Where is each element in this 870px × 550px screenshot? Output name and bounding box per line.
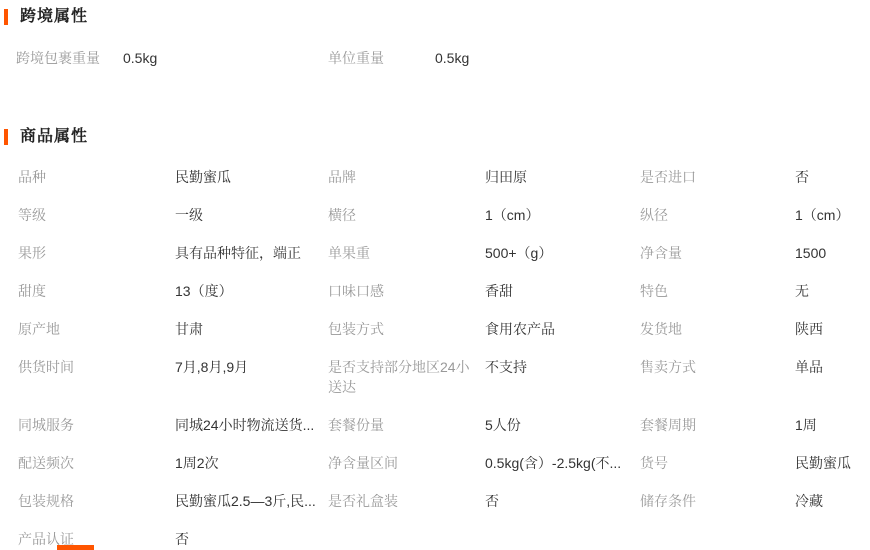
section-accent-bar-icon [4,9,8,25]
attribute-label: 是否支持部分地区24小 送达 [328,348,485,406]
attribute-value: 一级 [175,196,328,234]
attribute-value: 1（cm） [795,196,870,234]
attribute-value: 民勤蜜瓜 [795,444,870,482]
attribute-label: 品牌 [328,158,485,196]
product-attributes-table: 品种民勤蜜瓜品牌归田原是否进口否等级一级横径1（cm）纵径1（cm）果形具有品种… [0,158,870,550]
section-header: 跨境属性 [0,8,870,26]
section-title: 商品属性 [20,128,88,146]
attribute-value: 0.5kg(含）-2.5kg(不... [485,444,640,482]
attribute-label: 特色 [640,272,795,310]
attribute-value: 不支持 [485,348,640,386]
attribute-label: 单位重量 [328,48,435,68]
attribute-label: 包装方式 [328,310,485,348]
attribute-value: 13（度） [175,272,328,310]
attribute-value: 否 [175,520,328,550]
attribute-value: 1周2次 [175,444,328,482]
attribute-value: 1周 [795,406,870,444]
attribute-label: 跨境包裹重量 [16,48,123,68]
attribute-label: 产品认证 [18,520,175,550]
attribute-value: 食用农产品 [485,310,640,348]
attribute-label: 供货时间 [18,348,175,386]
attribute-label: 储存条件 [640,482,795,520]
product-attributes-page: 跨境属性 跨境包裹重量0.5kg单位重量0.5kg 商品属性 品种民勤蜜瓜品牌归… [0,0,870,550]
attribute-label: 果形 [18,234,175,272]
attribute-label: 等级 [18,196,175,234]
section-title: 跨境属性 [20,8,88,26]
attribute-label: 配送频次 [18,444,175,482]
attribute-value: 0.5kg [123,48,328,68]
attribute-value: 香甜 [485,272,640,310]
attribute-label: 套餐份量 [328,406,485,444]
attribute-label: 同城服务 [18,406,175,444]
attribute-value: 民勤蜜瓜2.5—3斤,民... [175,482,328,520]
attribute-value: 单品 [795,348,870,386]
attribute-label: 售卖方式 [640,348,795,386]
partially-visible-orange-element [57,545,94,550]
attribute-label: 货号 [640,444,795,482]
attribute-label: 品种 [18,158,175,196]
attribute-label: 甜度 [18,272,175,310]
attribute-label: 单果重 [328,234,485,272]
attribute-value: 500+（g） [485,234,640,272]
attribute-value: 1500 [795,234,870,272]
attribute-label: 原产地 [18,310,175,348]
attribute-label: 净含量 [640,234,795,272]
attribute-value: 民勤蜜瓜 [175,158,328,196]
attribute-value: 冷藏 [795,482,870,520]
attribute-value: 5人份 [485,406,640,444]
attribute-label: 发货地 [640,310,795,348]
attribute-label: 套餐周期 [640,406,795,444]
attribute-label: 是否进口 [640,158,795,196]
section-accent-bar-icon [4,129,8,145]
attribute-value: 同城24小时物流送货... [175,406,328,444]
attribute-value: 甘肃 [175,310,328,348]
attribute-value: 否 [795,158,870,196]
attribute-value: 0.5kg [435,48,870,68]
attribute-value: 归田原 [485,158,640,196]
attribute-label: 纵径 [640,196,795,234]
attribute-label: 口味口感 [328,272,485,310]
section-cross-border-attributes: 跨境属性 跨境包裹重量0.5kg单位重量0.5kg [0,0,870,68]
attribute-value: 无 [795,272,870,310]
attribute-value: 具有品种特征，端正 [175,234,328,272]
attribute-label: 横径 [328,196,485,234]
attribute-value: 陕西 [795,310,870,348]
section-header: 商品属性 [0,128,870,146]
attribute-value: 1（cm） [485,196,640,234]
attribute-value: 7月,8月,9月 [175,348,328,386]
attribute-label: 包装规格 [18,482,175,520]
attribute-label: 是否礼盒装 [328,482,485,520]
attribute-label: 净含量区间 [328,444,485,482]
attribute-value: 否 [485,482,640,520]
cross-border-attributes-table: 跨境包裹重量0.5kg单位重量0.5kg [0,48,870,68]
section-product-attributes: 商品属性 品种民勤蜜瓜品牌归田原是否进口否等级一级横径1（cm）纵径1（cm）果… [0,128,870,550]
